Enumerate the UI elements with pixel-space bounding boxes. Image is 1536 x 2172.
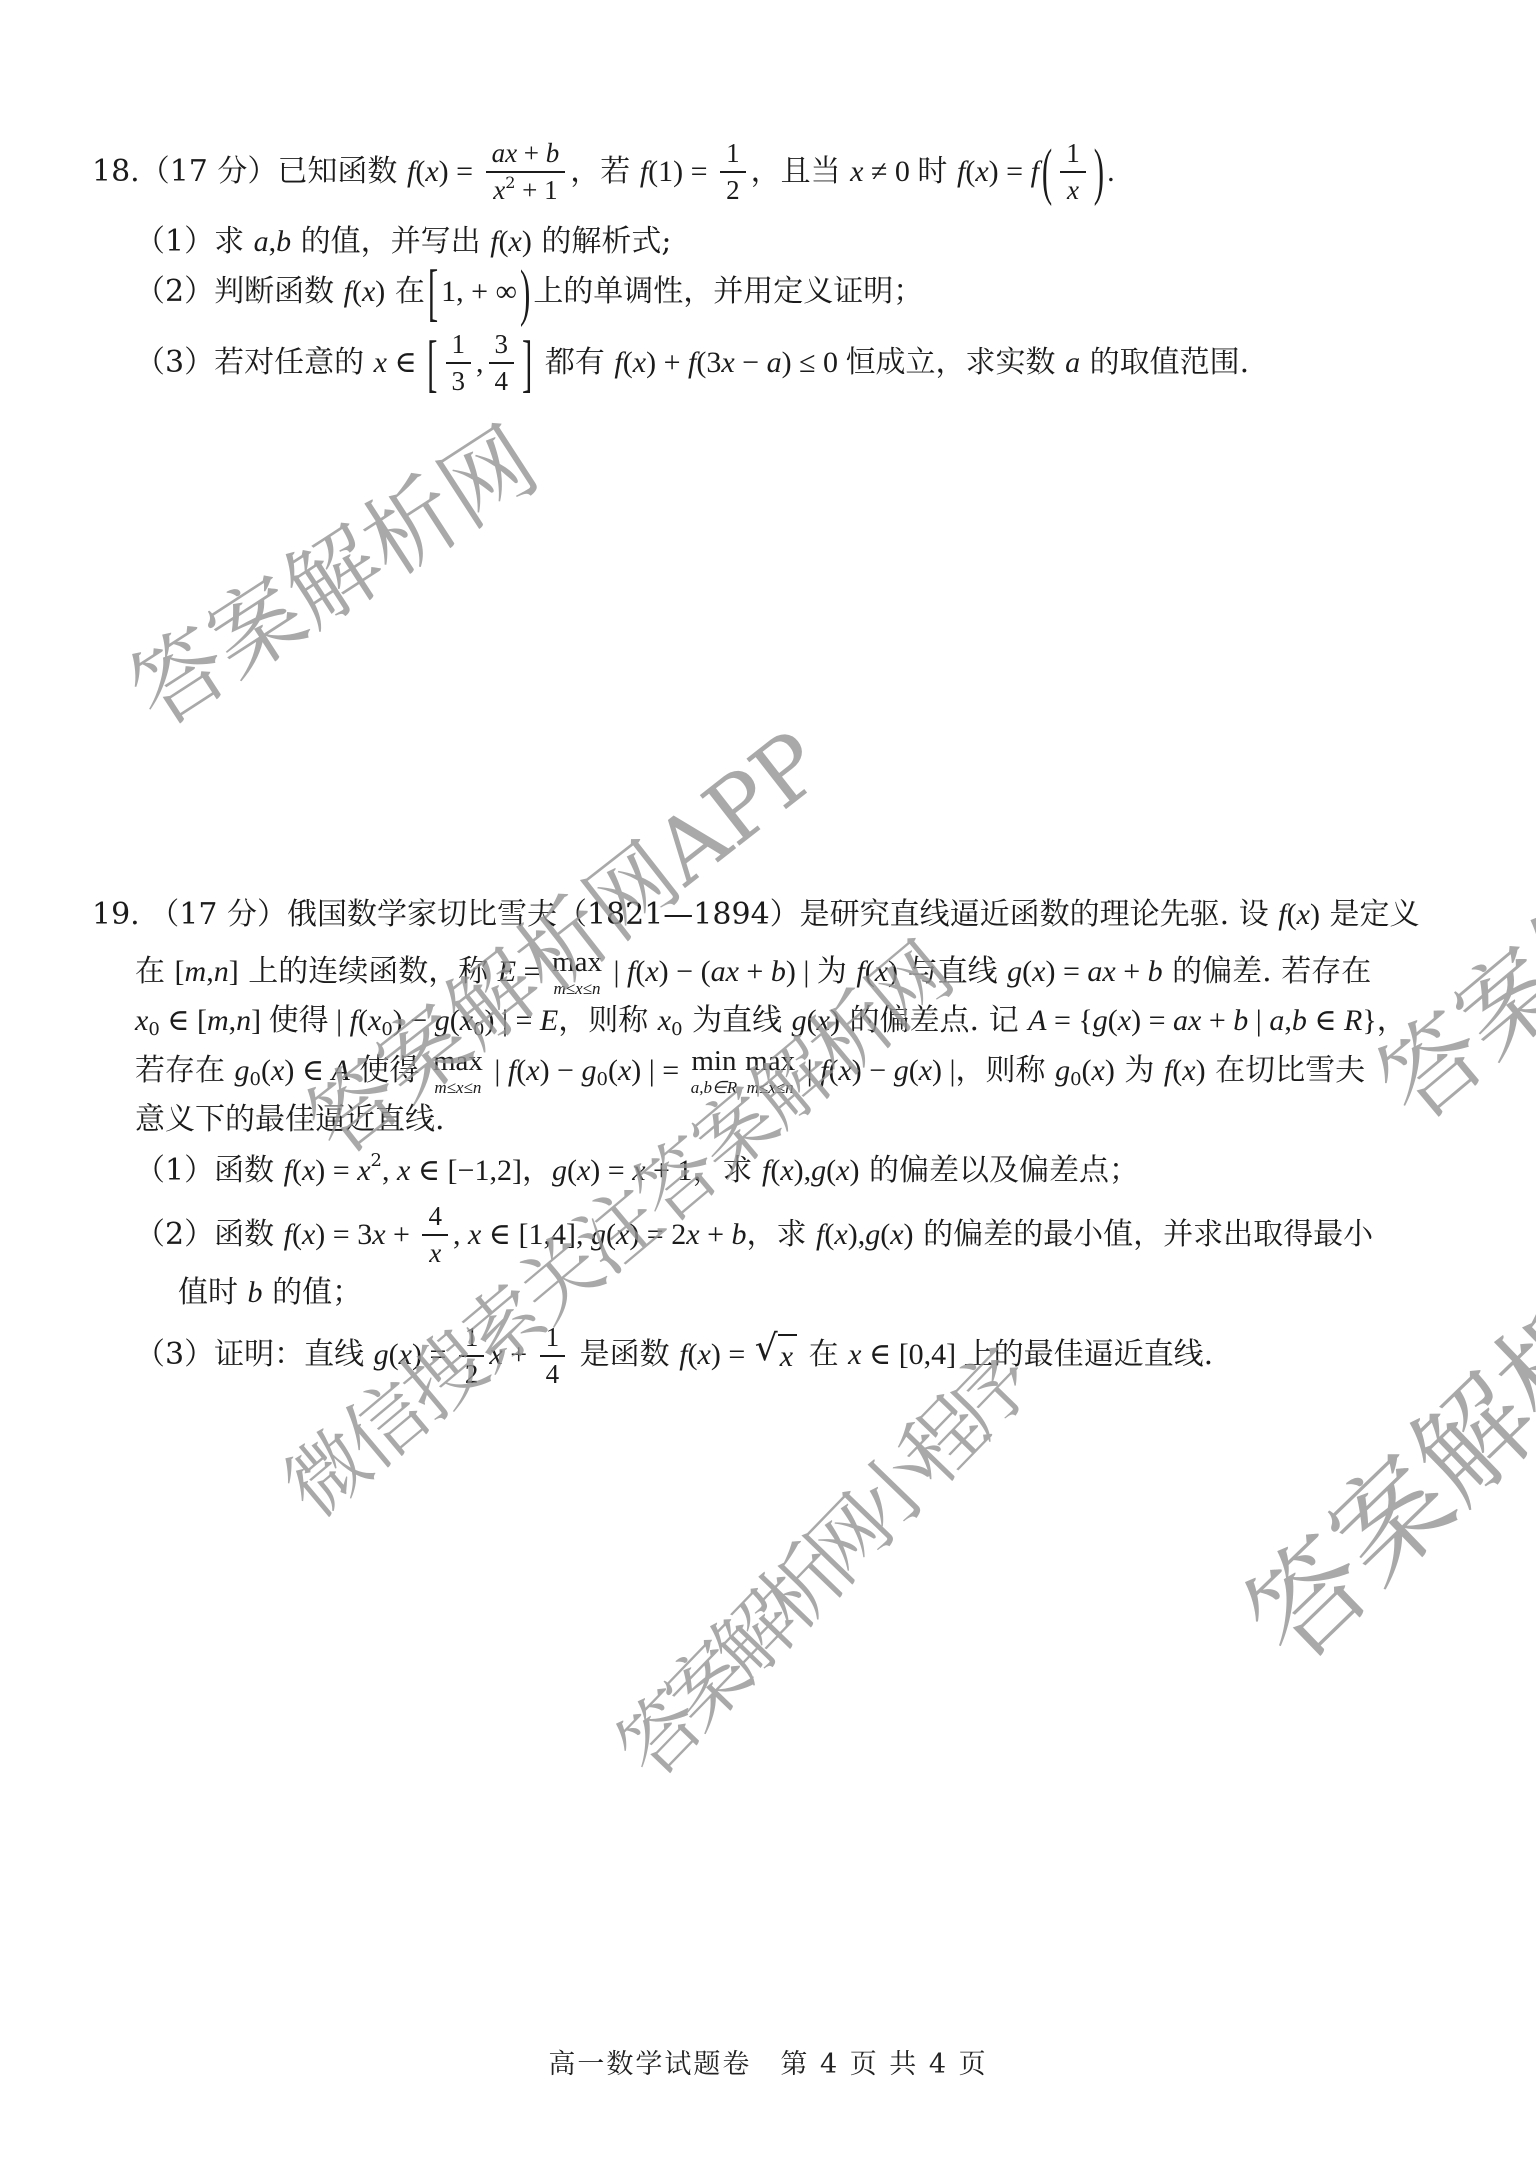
math-rm: + 1 xyxy=(646,1151,693,1192)
math-rm: ( xyxy=(828,1051,838,1092)
watermark-mini-program: 答案解析网小程序 xyxy=(587,1327,1048,1798)
math-rm: ∈ xyxy=(387,343,424,384)
math-rm: ) − xyxy=(540,1051,582,1092)
math-it: x xyxy=(489,1335,502,1376)
problem-19-line: （3）证明：直线 g(x) = 12x + 14 是函数 f(x) = √x 在… xyxy=(135,1322,1496,1390)
math-rm: 1 xyxy=(1066,138,1080,169)
math-it: x xyxy=(1297,895,1310,936)
math-fn: 4 xyxy=(422,1201,448,1236)
math-it: g xyxy=(1093,1001,1108,1042)
math-fr: 34 xyxy=(489,329,515,397)
text: 使得 xyxy=(269,1001,329,1042)
math-rm: ( xyxy=(1108,1001,1118,1042)
math-it: b xyxy=(1233,1001,1248,1042)
math-it: f xyxy=(688,343,696,384)
text: 若存在 xyxy=(135,1051,235,1092)
text: ， xyxy=(522,1151,552,1192)
math-it: f xyxy=(957,152,965,193)
math-it: x xyxy=(1182,1051,1195,1092)
math-it: g xyxy=(1055,1051,1070,1092)
math-rm: 4 xyxy=(428,1201,442,1232)
problem-19-line: （2）函数 f(x) = 3x + 4x, x ∈ [1,4], g(x) = … xyxy=(135,1201,1496,1269)
math-rm: ] xyxy=(229,952,239,993)
math-lim: maxm≤x≤n xyxy=(745,1047,795,1096)
math-it: x xyxy=(397,1151,410,1192)
math-rm: ( xyxy=(450,1001,460,1042)
math-it: x xyxy=(374,343,387,384)
math-fr: 14 xyxy=(540,1322,566,1390)
math-rm: ) xyxy=(1196,1051,1206,1092)
text: 的偏差以及偏差点； xyxy=(859,1151,1139,1192)
math-rm: ) + xyxy=(646,343,688,384)
math-rm: ) = xyxy=(590,1151,632,1192)
math-it: x xyxy=(645,952,658,993)
math-it: x xyxy=(468,1215,481,1256)
math-fd: 4 xyxy=(489,364,515,397)
math-rm: ] xyxy=(251,1001,269,1042)
math-it: x xyxy=(658,1001,671,1042)
text: 在 xyxy=(135,952,175,993)
math-it: f xyxy=(344,272,352,313)
math-sqrt: √x xyxy=(755,1334,797,1378)
problem-19-line: 值时 b 的值； xyxy=(178,1273,1496,1314)
math-it: x xyxy=(698,1335,711,1376)
math-rm: ) − xyxy=(852,1051,894,1092)
math-rm: ) ≤ 0 xyxy=(782,343,846,384)
math-big: ) xyxy=(1094,129,1104,215)
math-it: E xyxy=(498,952,516,993)
math-it: x xyxy=(975,152,988,193)
text: ，若 xyxy=(570,152,640,193)
math-it: m xyxy=(185,952,207,993)
math-rm: ( xyxy=(567,1151,577,1192)
math-rm: ( xyxy=(261,1051,271,1092)
math-rm: + xyxy=(700,1215,732,1256)
math-it: b xyxy=(546,138,560,169)
math-rm: , xyxy=(453,1215,468,1256)
math-llo: m≤x≤n xyxy=(434,1079,481,1096)
math-it: x xyxy=(686,1215,699,1256)
problem-18-line: （3）若对任意的 x ∈ [13,34] 都有 f(x) + f(3x − a)… xyxy=(135,329,1496,397)
math-it: b xyxy=(771,952,786,993)
math-it: x xyxy=(460,1001,473,1042)
math-fr: 4x xyxy=(422,1201,448,1269)
math-rm: | xyxy=(1248,1001,1269,1042)
math-rm: , xyxy=(206,952,214,993)
math-lim: maxm≤x≤n xyxy=(552,948,602,997)
math-it: f xyxy=(1164,1051,1172,1092)
math-it: x xyxy=(425,152,438,193)
text: 为直线 xyxy=(683,1001,792,1042)
math-it: x xyxy=(780,1337,793,1378)
math-it: A xyxy=(332,1051,350,1092)
math-it: ax xyxy=(1087,952,1115,993)
math-it: x xyxy=(632,1151,645,1192)
math-fr: 12 xyxy=(459,1322,485,1390)
math-sub: 0 xyxy=(596,1068,607,1092)
math-it: f xyxy=(284,1215,292,1256)
math-sup: 2 xyxy=(371,1149,382,1173)
math-it: n xyxy=(214,952,229,993)
math-rm: ( xyxy=(606,1215,616,1256)
math-rm: + xyxy=(386,1215,418,1256)
text: ，且当 xyxy=(751,152,851,193)
text: 是定义 xyxy=(1320,895,1420,936)
math-it: A xyxy=(1028,1001,1046,1042)
math-it: f xyxy=(508,1051,516,1092)
math-rm: ) xyxy=(1105,1051,1115,1092)
text: 的取值范围. xyxy=(1080,343,1249,384)
math-rm: ( xyxy=(1082,1051,1092,1092)
text: 19. （17 分）俄国数学家切比雪夫（1821—1894）是研究直线逼近函数的… xyxy=(92,895,1278,936)
math-fn: 1 xyxy=(446,329,472,364)
text: （2）判断函数 xyxy=(135,272,344,313)
text: （1）函数 xyxy=(135,1151,284,1192)
math-rm: 1 xyxy=(465,1322,479,1353)
text: （3）若对任意的 xyxy=(135,343,374,384)
math-rm: 1 xyxy=(452,329,466,360)
math-rm: ) | xyxy=(786,952,817,993)
math-fn: ax + b xyxy=(486,138,566,173)
math-lop: min xyxy=(691,1047,736,1076)
math-it: f xyxy=(614,343,622,384)
math-it: m xyxy=(207,1001,229,1042)
math-sub: 0 xyxy=(381,1018,392,1042)
math-rm: ) xyxy=(888,952,898,993)
math-rm: ( xyxy=(688,1335,698,1376)
text: 是函数 xyxy=(570,1335,679,1376)
math-it: x xyxy=(618,1051,631,1092)
math-it: x xyxy=(721,343,734,384)
math-fd: 2 xyxy=(720,173,746,206)
math-it: a xyxy=(254,222,269,263)
problem-18-line: 18.（17 分）已知函数 f(x) = ax + bx2 + 1，若 f(1)… xyxy=(92,138,1496,206)
math-it: x xyxy=(1067,175,1079,206)
math-fn: 3 xyxy=(489,329,515,364)
math-rm: − xyxy=(735,343,767,384)
math-it: x xyxy=(302,1215,315,1256)
math-it: f xyxy=(627,952,635,993)
math-fn: 1 xyxy=(540,1322,566,1357)
math-rm: 4 xyxy=(546,1359,560,1390)
problem-18-line: （2）判断函数 f(x) 在[1, + ∞)上的单调性，并用定义证明； xyxy=(135,272,1496,314)
math-rm: , xyxy=(269,222,277,263)
math-rm: ( xyxy=(1172,1051,1182,1092)
problem-18-line: （1）求 a,b 的值，并写出 f(x) 的解析式; xyxy=(135,222,1496,263)
math-it: g xyxy=(1007,952,1022,993)
math-rm: 1 xyxy=(726,138,740,169)
text: 在 xyxy=(799,1335,848,1376)
math-it: ax xyxy=(1173,1001,1201,1042)
math-it: x xyxy=(362,272,375,313)
math-rm: + xyxy=(1116,952,1148,993)
math-it: x xyxy=(834,1215,847,1256)
math-rm: + xyxy=(503,1335,535,1376)
math-rm: ( xyxy=(880,1215,890,1256)
math-big: [ xyxy=(427,321,437,407)
math-it: E xyxy=(540,1001,558,1042)
math-llo: m≤x≤n xyxy=(747,1079,794,1096)
math-rm: ∈ [0,4] xyxy=(861,1335,963,1376)
math-llo: a,b∈R xyxy=(691,1079,737,1096)
math-it: f xyxy=(856,952,864,993)
math-it: x xyxy=(1032,952,1045,993)
math-it: g xyxy=(552,1151,567,1192)
math-it: x xyxy=(429,1238,441,1269)
math-rm: ( xyxy=(358,1001,368,1042)
math-it: R xyxy=(1344,1001,1362,1042)
math-it: ax xyxy=(492,138,517,169)
math-rm: ) = xyxy=(711,1335,753,1376)
math-it: x xyxy=(577,1151,590,1192)
text: 18.（17 分）已知函数 xyxy=(92,152,407,193)
math-rm: ∈ [1,4], xyxy=(481,1215,591,1256)
math-big: ] xyxy=(522,321,532,407)
math-rm: 3 xyxy=(495,329,509,360)
math-it: a xyxy=(767,343,782,384)
math-lop: max xyxy=(552,948,602,977)
math-it: ax xyxy=(711,952,739,993)
math-it: b xyxy=(1148,952,1163,993)
math-rm: | xyxy=(606,952,627,993)
math-rm: ( xyxy=(826,1151,836,1192)
math-svin: x xyxy=(778,1334,797,1378)
math-rm: ( xyxy=(807,1001,817,1042)
math-rm: (1) = xyxy=(648,152,715,193)
math-fd: x2 + 1 xyxy=(487,173,563,206)
exam-page: 答案解析网 答案解析网APP 微信搜索关注答案解析网 答案解析网小程序 答案解析… xyxy=(0,0,1536,2172)
text: 的值； xyxy=(263,1273,363,1314)
math-rm: ) xyxy=(849,1151,859,1192)
math-rm: | xyxy=(799,1051,820,1092)
math-rm: ( xyxy=(623,343,633,384)
math-it: g xyxy=(581,1051,596,1092)
math-it: x xyxy=(493,175,505,206)
math-fr: 12 xyxy=(720,138,746,206)
math-rm: ) − ( xyxy=(659,952,711,993)
problem-19: 19. （17 分）俄国数学家切比雪夫（1821—1894）是研究直线逼近函数的… xyxy=(92,895,1496,1390)
math-it: x xyxy=(836,1151,849,1192)
math-it: f xyxy=(407,152,415,193)
text: 都有 xyxy=(535,343,614,384)
text: 上的单调性，并用定义证明； xyxy=(533,272,923,313)
text: 上的最佳逼近直线. xyxy=(964,1335,1214,1376)
math-rm: + xyxy=(739,952,771,993)
math-sub: 0 xyxy=(1070,1068,1081,1092)
math-rm: ) = 2 xyxy=(629,1215,686,1256)
math-rm: ( xyxy=(352,272,362,313)
math-it: g xyxy=(865,1215,880,1256)
math-rm: ( xyxy=(415,152,425,193)
math-rm: ) = xyxy=(1045,952,1087,993)
math-rm: ), xyxy=(848,1215,866,1256)
math-rm: ) xyxy=(375,272,385,313)
math-it: f xyxy=(762,1151,770,1192)
text: 在切比雪夫 xyxy=(1206,1051,1366,1092)
text: ， xyxy=(1377,1001,1407,1042)
math-rm: + 1 xyxy=(515,175,557,206)
math-sub: 0 xyxy=(671,1018,682,1042)
math-rm: , xyxy=(382,1151,397,1192)
math-fr: ax + bx2 + 1 xyxy=(486,138,566,206)
math-rm: , xyxy=(1284,1001,1292,1042)
math-it: f xyxy=(284,1151,292,1192)
math-rm: ) = xyxy=(989,152,1031,193)
math-rm: | xyxy=(487,1051,508,1092)
math-rm: | xyxy=(329,1001,350,1042)
text: 上的连续函数，称 xyxy=(239,952,498,993)
math-it: g xyxy=(894,1051,909,1092)
text: （2）函数 xyxy=(135,1215,284,1256)
math-it: x xyxy=(399,1335,412,1376)
math-sub: 0 xyxy=(148,1018,159,1042)
text: 与直线 xyxy=(898,952,1007,993)
math-lim: maxm≤x≤n xyxy=(433,1047,483,1096)
math-it: f xyxy=(816,1215,824,1256)
math-fr: 13 xyxy=(446,329,472,397)
text: （3）证明：直线 xyxy=(135,1335,374,1376)
math-rm: ∈ [−1,2] xyxy=(410,1151,522,1192)
math-it: g xyxy=(792,1001,807,1042)
problem-19-line: 19. （17 分）俄国数学家切比雪夫（1821—1894）是研究直线逼近函数的… xyxy=(92,895,1496,936)
math-rm: 4 xyxy=(495,366,509,397)
math-rm: ) ∈ xyxy=(284,1051,331,1092)
math-fd: 4 xyxy=(540,1357,566,1390)
math-it: g xyxy=(374,1335,389,1376)
math-it: x xyxy=(838,1051,851,1092)
math-it: g xyxy=(591,1215,606,1256)
math-it: x xyxy=(875,952,888,993)
math-it: g xyxy=(235,1051,250,1092)
math-it: x xyxy=(271,1051,284,1092)
math-rm: ( xyxy=(635,952,645,993)
math-fn: 1 xyxy=(720,138,746,173)
math-rm: ) | xyxy=(932,1051,956,1092)
math-rm: ) xyxy=(904,1215,914,1256)
math-big: ( xyxy=(1042,129,1052,215)
math-it: b xyxy=(276,222,291,263)
math-it: x xyxy=(302,1151,315,1192)
math-it: f xyxy=(1278,895,1286,936)
math-sub: 0 xyxy=(250,1068,261,1092)
math-it: x xyxy=(817,1001,830,1042)
math-fn: 1 xyxy=(459,1322,485,1357)
math-it: b xyxy=(1292,1001,1307,1042)
math-it: x xyxy=(1092,1051,1105,1092)
math-it: x xyxy=(135,1001,148,1042)
watermark-answer-site: 答案解析网 xyxy=(101,390,559,751)
math-it: f xyxy=(640,152,648,193)
problem-19-line: 在 [m,n] 上的连续函数，称 E = maxm≤x≤n | f(x) − (… xyxy=(135,948,1496,997)
problem-19-line: 意义下的最佳逼近直线. xyxy=(135,1100,1496,1141)
math-sub: 0 xyxy=(473,1018,484,1042)
text: 使得 xyxy=(350,1051,429,1092)
math-rm: 2 xyxy=(465,1359,479,1390)
math-it: x xyxy=(850,152,863,193)
math-rm: 1 xyxy=(546,1322,560,1353)
math-it: x xyxy=(890,1215,903,1256)
math-fd: x xyxy=(423,1236,447,1269)
problem-19-line: 若存在 g0(x) ∈ A 使得 maxm≤x≤n | f(x) − g0(x)… xyxy=(135,1047,1496,1096)
math-rm: 1, + ∞ xyxy=(441,272,517,313)
math-it: x xyxy=(616,1215,629,1256)
math-rm: ), xyxy=(794,1151,812,1192)
text: 的解析式; xyxy=(532,222,672,263)
math-rm: ) = 3 xyxy=(315,1215,372,1256)
math-fd: x xyxy=(1061,173,1085,206)
math-fd: 2 xyxy=(459,1357,485,1390)
problem-19-line: x0 ∈ [m,n] 使得 | f(x0) − g(x0) | = E，则称 x… xyxy=(135,1001,1496,1042)
problem-19-line: （1）函数 f(x) = x2, x ∈ [−1,2]，g(x) = x + 1… xyxy=(135,1151,1496,1192)
math-rm: ≠ 0 xyxy=(863,152,917,193)
text: ，求 xyxy=(692,1151,762,1192)
math-rm: ( xyxy=(909,1051,919,1092)
math-rm: ( xyxy=(516,1051,526,1092)
math-it: n xyxy=(236,1001,251,1042)
text: ，则称 xyxy=(956,1051,1056,1092)
math-rm: + xyxy=(517,138,546,169)
text: 在 xyxy=(385,272,425,313)
math-it: x xyxy=(368,1001,381,1042)
text: 的偏差点. 记 xyxy=(840,1001,1028,1042)
math-rm: ( xyxy=(292,1215,302,1256)
text: ，则称 xyxy=(558,1001,658,1042)
math-it: f xyxy=(350,1001,358,1042)
math-rm: , xyxy=(476,343,484,384)
text: 意义下的最佳逼近直线. xyxy=(135,1100,445,1141)
text: 恒成立，求实数 xyxy=(846,343,1066,384)
math-rm: ) | = xyxy=(631,1051,686,1092)
math-it: g xyxy=(435,1001,450,1042)
math-rm: [ xyxy=(175,952,185,993)
math-fn: 1 xyxy=(1060,138,1086,173)
math-rm: (3 xyxy=(696,343,721,384)
math-it: x xyxy=(780,1151,793,1192)
math-fd: 3 xyxy=(446,364,472,397)
text: 为 xyxy=(1115,1051,1164,1092)
math-rm: ) | = xyxy=(485,1001,540,1042)
math-sup: 2 xyxy=(505,174,515,192)
math-rm: ) = xyxy=(439,152,481,193)
text: 的值，并写出 xyxy=(291,222,490,263)
math-rm: . xyxy=(1107,152,1115,193)
math-lop: max xyxy=(745,1047,795,1076)
math-rm: ) xyxy=(830,1001,840,1042)
math-fr: 1x xyxy=(1060,138,1086,206)
math-rm: ( xyxy=(1287,895,1297,936)
math-rm: ( xyxy=(499,222,509,263)
math-it: f xyxy=(679,1335,687,1376)
math-it: f xyxy=(1031,152,1039,193)
math-it: x xyxy=(848,1335,861,1376)
math-rm: ) = xyxy=(1131,1001,1173,1042)
text: 的偏差. 若存在 xyxy=(1163,952,1372,993)
math-rm: ( xyxy=(770,1151,780,1192)
math-rm: ) = xyxy=(412,1335,454,1376)
math-it: x xyxy=(372,1215,385,1256)
problem-18: 18.（17 分）已知函数 f(x) = ax + bx2 + 1，若 f(1)… xyxy=(92,138,1496,398)
math-lop: max xyxy=(433,1047,483,1076)
text: （1）求 xyxy=(135,222,254,263)
math-rm: , xyxy=(229,1001,237,1042)
math-it: x xyxy=(526,1051,539,1092)
math-rm: ( xyxy=(965,152,975,193)
math-it: x xyxy=(919,1051,932,1092)
math-it: x xyxy=(357,1151,370,1192)
math-rm: ∈ xyxy=(1307,1001,1344,1042)
math-it: b xyxy=(248,1273,263,1314)
math-it: g xyxy=(811,1151,826,1192)
